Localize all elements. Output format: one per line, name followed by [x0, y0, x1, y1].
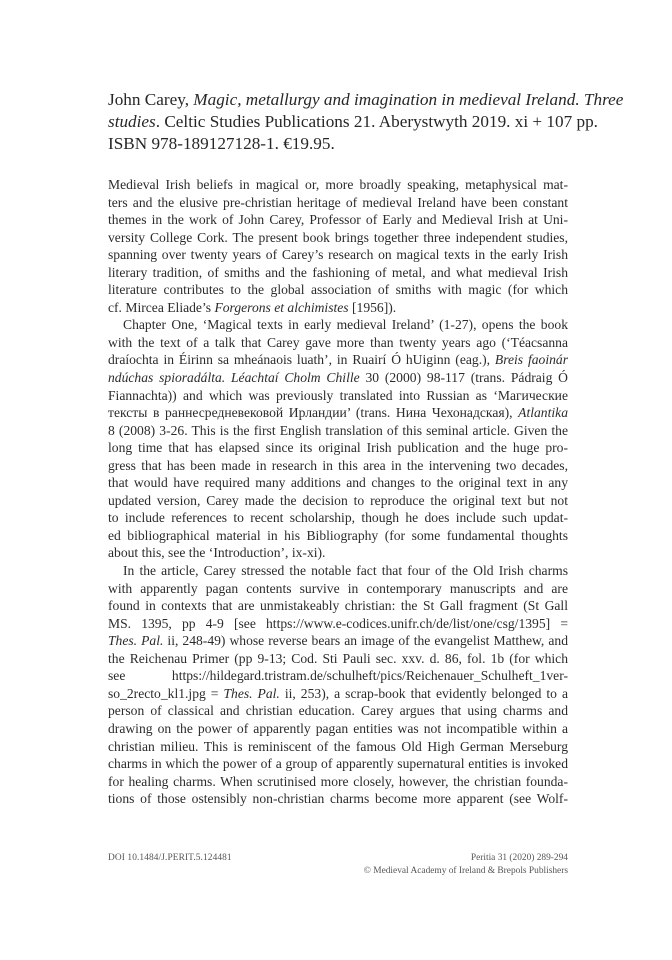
text-run: so_2recto_kl1.jpg = — [108, 686, 223, 701]
italic-title: Forgerons et alchimistes — [214, 300, 348, 315]
italic-abbrev: Thes. Pal. — [108, 633, 163, 648]
body-line: long time that has elapsed since its ori… — [108, 439, 568, 457]
text-run: [1956]). — [349, 300, 397, 315]
body-line: that would have required many additions … — [108, 474, 568, 492]
body-line: charms in which the power of a group of … — [108, 755, 568, 773]
body-line: found in contexts that are unmistakeably… — [108, 597, 568, 615]
book-title-cont: studies — [108, 112, 156, 131]
review-header-line-3: ISBN 978-189127128-1. €19.95. — [108, 133, 568, 155]
isbn-price: ISBN 978-189127128-1. €19.95. — [108, 134, 335, 153]
body-line: with apparently pagan contents survive i… — [108, 580, 568, 598]
text-run: ii, 253), a scrap-book that evidently be… — [280, 686, 568, 701]
book-title: Magic, metallurgy and imagination in med… — [193, 90, 623, 109]
italic-title: Breis faoinár — [495, 352, 568, 367]
body-line: Chapter One, ‘Magical texts in early med… — [108, 316, 568, 334]
body-line: spanning over twenty years of Carey’s re… — [108, 246, 568, 264]
body-line: тексты в раннесредневековой Ирландии’ (t… — [108, 404, 568, 422]
body-line: ed bibliographical material in his Bibli… — [108, 527, 568, 545]
text-run: тексты в раннесредневековой Ирландии’ (t… — [108, 405, 518, 420]
text-run: 30 (2000) 98-117 (trans. Pádraig Ó — [360, 370, 568, 385]
body-line: literature contributes to the global ass… — [108, 281, 568, 299]
body-line: ters and the elusive pre-christian herit… — [108, 194, 568, 212]
body-line: versity College Cork. The present book b… — [108, 229, 568, 247]
doi-text: DOI 10.1484/J.PERIT.5.124481 — [108, 852, 232, 865]
body-line: with the text of a talk that Carey gave … — [108, 334, 568, 352]
body-line: themes in the work of John Carey, Profes… — [108, 211, 568, 229]
body-line: gress that has been made in research in … — [108, 457, 568, 475]
body-line: updated version, Carey made the decision… — [108, 492, 568, 510]
journal-citation: Peritia 31 (2020) 289-294 — [364, 852, 568, 865]
publication-details: . Celtic Studies Publications 21. Aberys… — [156, 112, 598, 131]
body-line: Medieval Irish beliefs in magical or, mo… — [108, 176, 568, 194]
body-line: about this, see the ‘Introduction’, ix-x… — [108, 544, 568, 562]
body-line: to include references to recent scholars… — [108, 509, 568, 527]
body-line: Thes. Pal. ii, 248-49) whose reverse bea… — [108, 632, 568, 650]
body-line: 8 (2008) 3-26. This is the first English… — [108, 422, 568, 440]
text-run: draíochta in Éirinn sa mheánaois luath’,… — [108, 352, 495, 367]
body-line: In the article, Carey stressed the notab… — [108, 562, 568, 580]
body-line: the Reichenau Primer (pp 9-13; Cod. Sti … — [108, 650, 568, 668]
review-header-line-2: studies. Celtic Studies Publications 21.… — [108, 111, 568, 133]
body-line: Fiannachta)) and which was previously tr… — [108, 387, 568, 405]
body-line: so_2recto_kl1.jpg = Thes. Pal. ii, 253),… — [108, 685, 568, 703]
italic-title: ndúchas spioradálta. Léachtaí Cholm Chil… — [108, 370, 360, 385]
body-line: christian milieu. This is reminiscent of… — [108, 738, 568, 756]
body-line: ndúchas spioradálta. Léachtaí Cholm Chil… — [108, 369, 568, 387]
text-run: cf. Mircea Eliade’s — [108, 300, 214, 315]
italic-title: Atlantika — [518, 405, 568, 420]
body-line: for healing charms. When scrutinised mor… — [108, 773, 568, 791]
body-line: see https://hildegard.tristram.de/schulh… — [108, 667, 568, 685]
review-body: Medieval Irish beliefs in magical or, mo… — [108, 176, 568, 808]
body-line: cf. Mircea Eliade’s Forgerons et alchimi… — [108, 299, 568, 317]
body-line: tions of those ostensibly non-christian … — [108, 790, 568, 808]
footer-right: Peritia 31 (2020) 289-294 © Medieval Aca… — [364, 852, 568, 877]
copyright-notice: © Medieval Academy of Ireland & Brepols … — [364, 865, 568, 878]
body-line: MS. 1395, pp 4-9 [see https://www.e-codi… — [108, 615, 568, 633]
body-line: draíochta in Éirinn sa mheánaois luath’,… — [108, 351, 568, 369]
body-line: drawing on the power of apparently pagan… — [108, 720, 568, 738]
book-author: John Carey, — [108, 90, 193, 109]
body-line: person of classical and christian educat… — [108, 702, 568, 720]
review-header-line-1: John Carey, Magic, metallurgy and imagin… — [108, 89, 568, 111]
italic-abbrev: Thes. Pal. — [223, 686, 279, 701]
body-line: literary tradition, of smiths and the fa… — [108, 264, 568, 282]
review-header: John Carey, Magic, metallurgy and imagin… — [108, 89, 568, 155]
text-run: ii, 248-49) whose reverse bears an image… — [163, 633, 568, 648]
